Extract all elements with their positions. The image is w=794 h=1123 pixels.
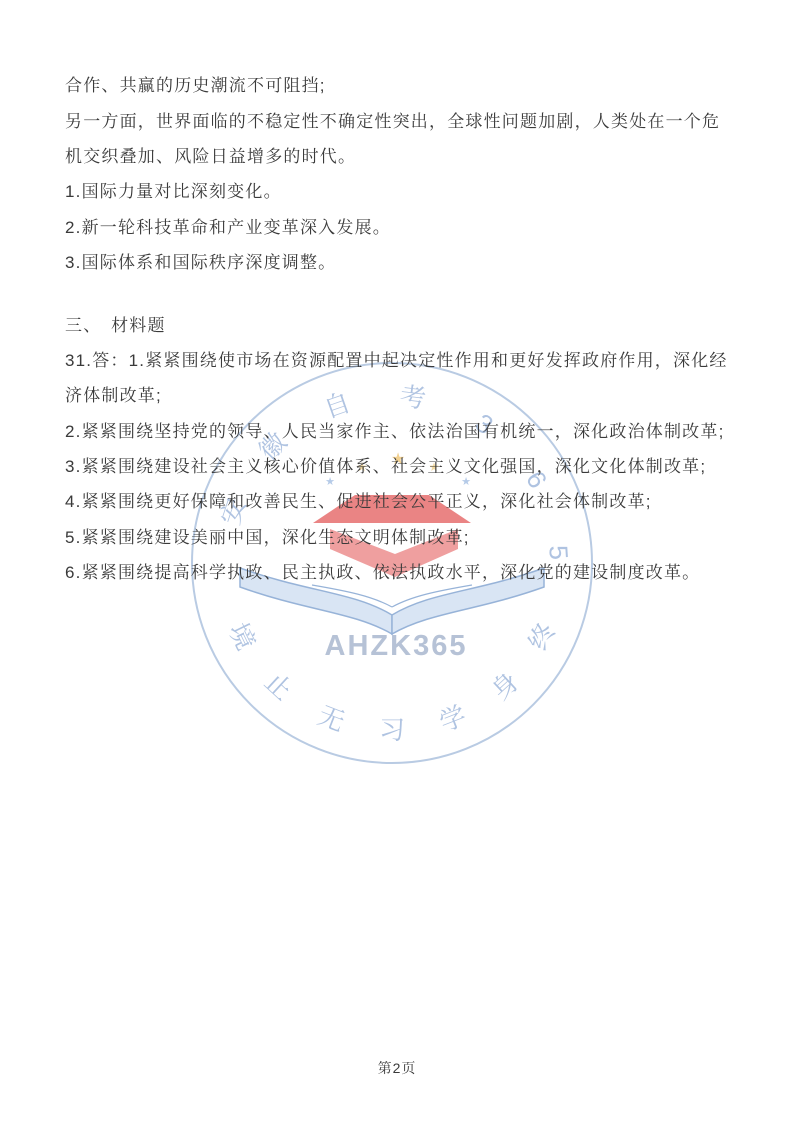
svg-text:学: 学	[435, 700, 470, 737]
page-footer: 第2页	[0, 1058, 794, 1078]
text-line: 31.答：1.紧紧围绕使市场在资源配置中起决定性作用和更好发挥政府作用，深化经	[65, 341, 754, 376]
list-item: 2.紧紧围绕坚持党的领导、人民当家作主、依法治国有机统一，深化政治体制改革;	[65, 412, 754, 447]
page-number: 第2页	[378, 1060, 417, 1076]
text-line: 另一方面，世界面临的不稳定性不确定性突出，全球性问题加剧，人类处在一个危	[65, 101, 754, 136]
list-item: 6.紧紧围绕提高科学执政、民主执政、依法执政水平，深化党的建设制度改革。	[65, 553, 754, 588]
text-line: 机交织叠加、风险日益增多的时代。	[65, 137, 754, 172]
document-body: 合作、共赢的历史潮流不可阻挡; 另一方面，世界面临的不稳定性不确定性突出，全球性…	[65, 66, 754, 588]
list-item: 1.国际力量对比深刻变化。	[65, 172, 754, 207]
list-item: 4.紧紧围绕更好保障和改善民生、促进社会公平正义，深化社会体制改革;	[65, 482, 754, 517]
svg-text:无: 无	[314, 700, 349, 737]
svg-text:终: 终	[523, 618, 561, 655]
svg-text:身: 身	[485, 666, 524, 706]
list-item: 3.国际体系和国际秩序深度调整。	[65, 243, 754, 278]
list-item: 2.新一轮科技革命和产业变革深入发展。	[65, 208, 754, 243]
list-item: 5.紧紧围绕建设美丽中国，深化生态文明体制改革;	[65, 518, 754, 553]
list-item: 3.紧紧围绕建设社会主义核心价值体系、社会主义文化强国，深化文化体制改革;	[65, 447, 754, 482]
text-line: 济体制改革;	[65, 376, 754, 411]
svg-text:止: 止	[259, 666, 298, 706]
section-heading: 三、 材料题	[65, 305, 754, 340]
svg-text:习: 习	[379, 715, 405, 745]
text-line: 合作、共赢的历史潮流不可阻挡;	[65, 66, 754, 101]
svg-text:境: 境	[223, 618, 261, 655]
brand-text: AHZK365	[325, 630, 468, 662]
document-page: 安徽自考365 终身学习无止境 ★★★★★ AHZK365 合作、共赢的历史潮流…	[0, 0, 794, 1123]
